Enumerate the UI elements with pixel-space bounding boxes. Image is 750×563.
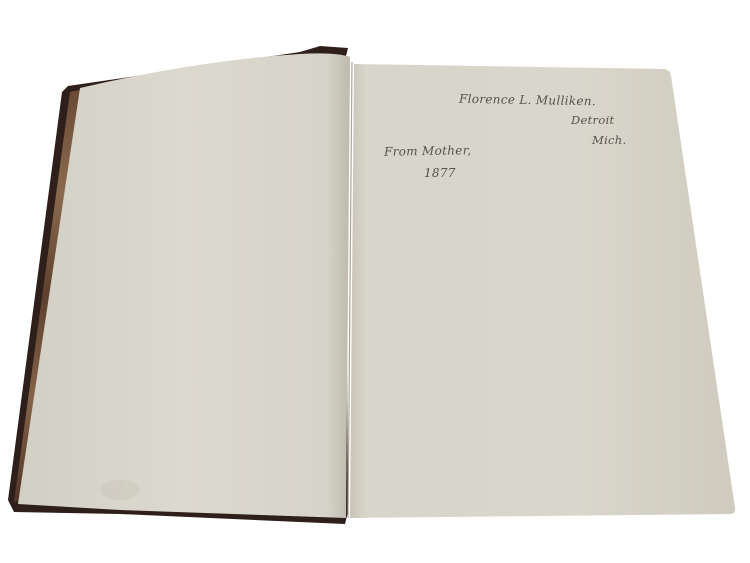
right-page [350,64,735,518]
inscription-state: Mich. [592,133,626,147]
inscription-dedication: From Mother, [384,143,472,159]
open-book [0,0,750,563]
book-photo: Florence L. Mulliken. Detroit Mich. From… [0,0,750,563]
inscription-year: 1877 [424,166,456,180]
paper-stain [100,480,140,500]
inscription-city: Detroit [571,113,614,127]
inscription-name: Florence L. Mulliken. [459,92,596,108]
